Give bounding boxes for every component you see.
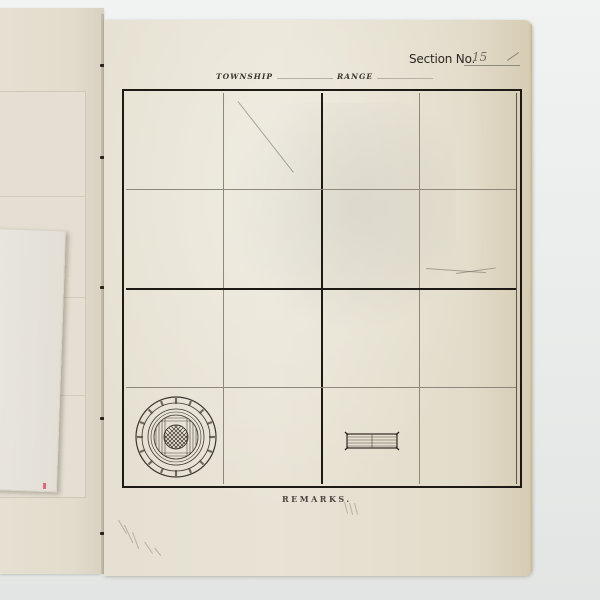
right-page: Section No. 15 TOWNSHIPRANGE — [104, 20, 532, 576]
pencil-stroke — [238, 101, 294, 173]
quarter-quarter-line — [126, 387, 516, 388]
half-section-line-horizontal — [126, 288, 516, 290]
pencil-flourish — [507, 52, 519, 61]
pencil-scribble — [354, 503, 358, 515]
card-red-mark — [43, 483, 46, 489]
left-panel-rule — [0, 196, 85, 197]
section-number-underline — [464, 65, 520, 66]
pencil-scribble — [349, 503, 353, 515]
rectangular-grate-icon — [344, 431, 400, 451]
section-number-value: 15 — [472, 50, 487, 64]
section-number-label: Section No. — [409, 52, 475, 66]
plat-inner-border — [126, 93, 517, 484]
pencil-scribble — [132, 532, 139, 549]
section-plat-grid — [122, 89, 522, 488]
offset-smudge — [226, 103, 456, 333]
quarter-quarter-line — [126, 189, 516, 190]
circular-cistern-icon — [134, 395, 218, 479]
inserted-card — [0, 228, 66, 492]
township-range-header: TOWNSHIPRANGE — [216, 72, 437, 81]
township-label: TOWNSHIP — [216, 72, 273, 81]
remarks-heading: REMARKS. — [282, 494, 352, 504]
pencil-scribble — [154, 548, 161, 556]
range-label: RANGE — [337, 72, 373, 81]
page-edge — [529, 24, 532, 572]
left-page — [0, 8, 104, 574]
range-field-line — [377, 78, 433, 79]
township-field-line — [277, 78, 333, 79]
pencil-scribble — [144, 542, 153, 554]
